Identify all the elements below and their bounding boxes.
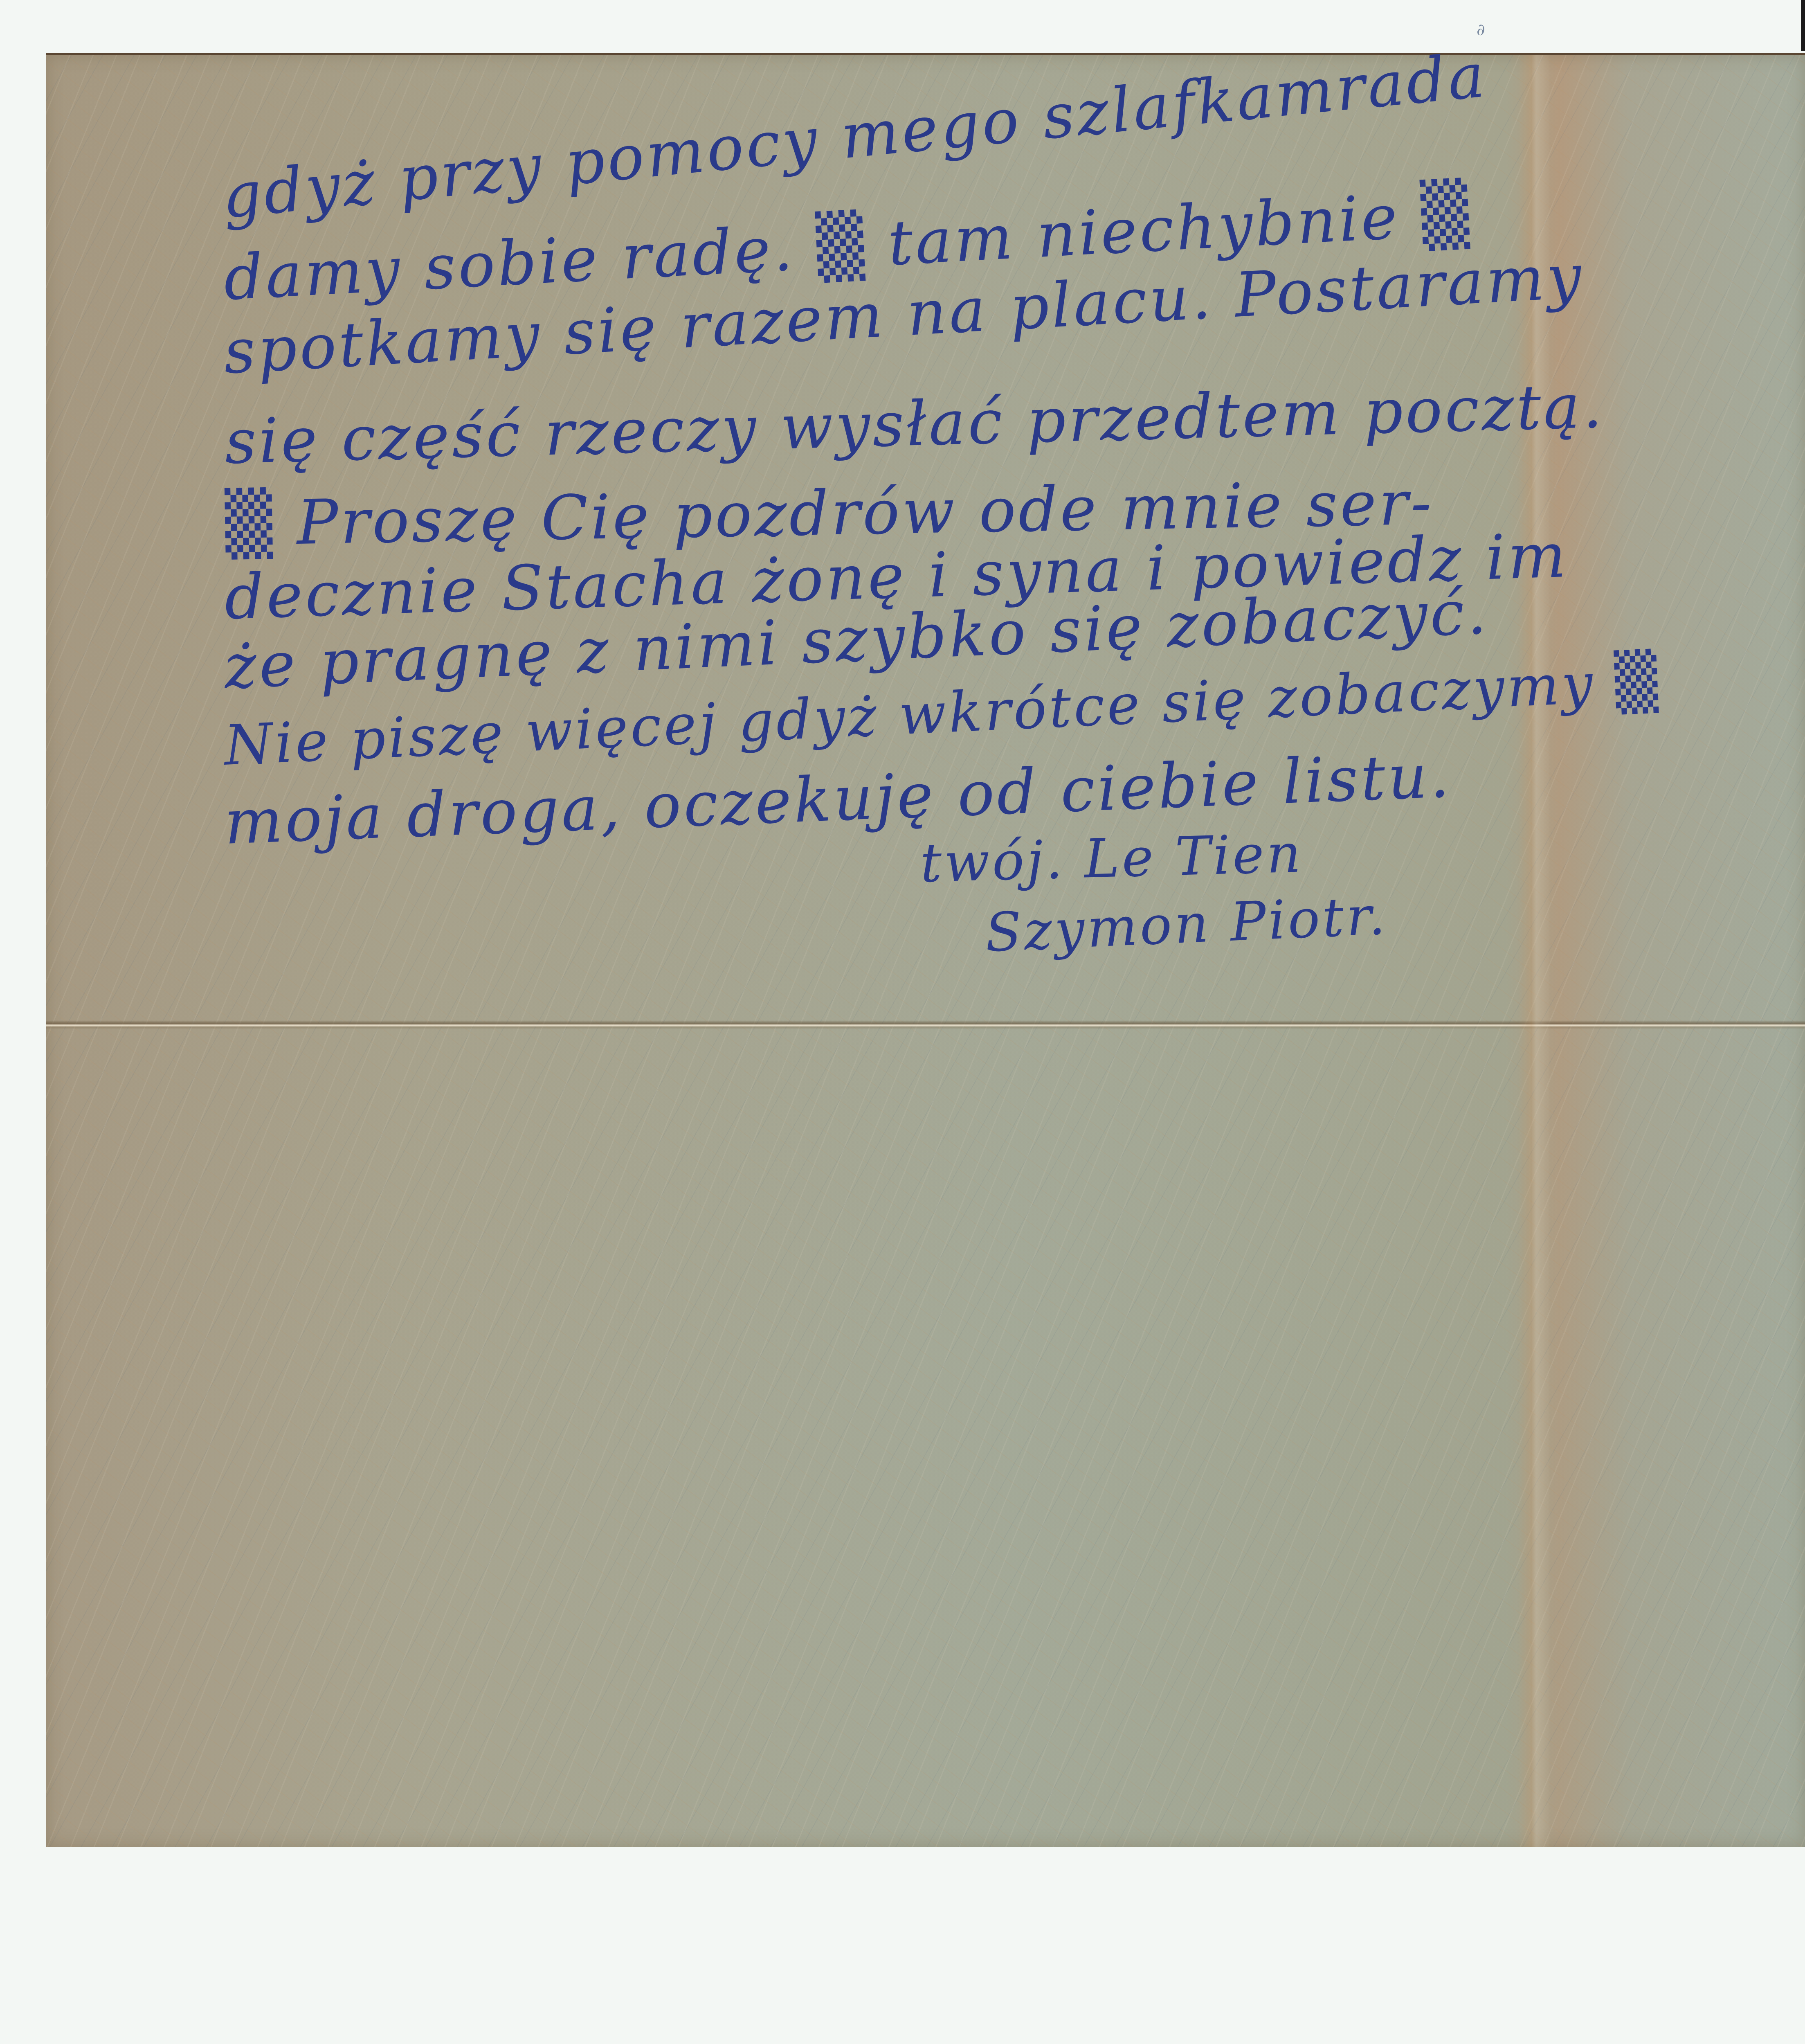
- letter-body: gdyż przy pomocy mego szlafkamrada damy …: [46, 55, 1805, 1847]
- letter-line-4: się część rzeczy wysłać przedtem pocztą.: [224, 371, 1605, 478]
- scanner-edge: [1801, 0, 1805, 51]
- letter-page: gdyż przy pomocy mego szlafkamrada damy …: [46, 53, 1805, 1847]
- letter-signature: Szymon Piotr.: [984, 884, 1389, 964]
- stray-mark: ∂: [1477, 20, 1485, 39]
- letter-closing: twój. Le Tien: [919, 822, 1304, 894]
